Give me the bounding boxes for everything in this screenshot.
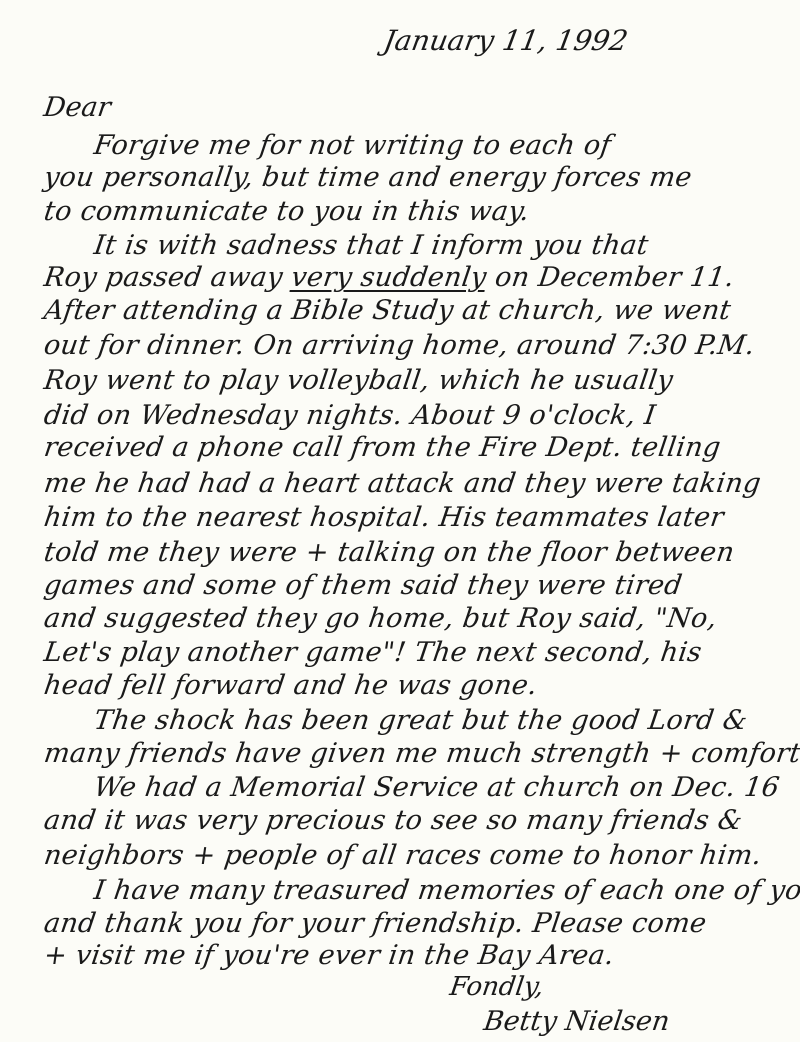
letter-line: told me they were + talking on the floor… [42,537,736,568]
line-text: Forgive me for not writing to each of [92,130,613,161]
line-text: Roy went to play volleyball, which he us… [42,365,675,396]
line-text: on December 11. [484,262,736,293]
letter-line: + visit me if you're ever in the Bay Are… [42,940,616,971]
letter-line: and thank you for your friendship. Pleas… [42,908,709,939]
line-text: games and some of them said they were ti… [42,570,684,601]
underlined-emphasis: very suddenly [289,262,488,293]
line-text: head fell forward and he was gone. [42,670,539,701]
letter-line: Roy went to play volleyball, which he us… [42,365,675,396]
line-text: After attending a Bible Study at church,… [42,295,733,326]
letter-line: Forgive me for not writing to each of [92,130,613,161]
line-text: you personally, but time and energy forc… [42,162,694,193]
line-text: and suggested they go home, but Roy said… [42,603,719,634]
letter-line: After attending a Bible Study at church,… [42,295,733,326]
line-text: out for dinner. On arriving home, around… [42,330,757,361]
line-text: neighbors + people of all races come to … [42,840,764,871]
letter-line: games and some of them said they were ti… [42,570,684,601]
line-text: The shock has been great but the good Lo… [92,705,749,736]
line-text: I have many treasured memories of each o… [92,875,800,906]
letter-closing: Fondly, [448,972,546,1002]
line-text: him to the nearest hospital. His teammat… [42,502,726,533]
letter-line: Let's play another game"! The next secon… [42,637,704,668]
line-text: and thank you for your friendship. Pleas… [42,908,709,939]
letter-line: neighbors + people of all races come to … [42,840,764,871]
letter-line: and it was very precious to see so many … [42,805,744,836]
letter-line: many friends have given me much strength… [42,738,800,769]
line-text: did on Wednesday nights. About 9 o'clock… [42,400,658,431]
line-text: It is with sadness that I inform you tha… [92,230,650,261]
letter-line: Roy passed away very suddenly on Decembe… [42,262,736,293]
letter-line: received a phone call from the Fire Dept… [42,432,723,463]
line-text: told me they were + talking on the floor… [42,537,736,568]
letter-date: January 11, 1992 [381,24,630,57]
letter-line: out for dinner. On arriving home, around… [42,330,757,361]
letter-line: and suggested they go home, but Roy said… [42,603,719,634]
line-text: me he had had a heart attack and they we… [42,468,763,499]
letter-line: It is with sadness that I inform you tha… [92,230,650,261]
handwritten-letter: January 11, 1992 Dear Forgive me for not… [0,0,800,1042]
letter-line: you personally, but time and energy forc… [42,162,694,193]
letter-line: head fell forward and he was gone. [42,670,539,701]
letter-line: to communicate to you in this way. [42,196,531,227]
letter-line: I have many treasured memories of each o… [92,875,800,906]
line-text: We had a Memorial Service at church on D… [92,772,782,803]
line-text: many friends have given me much strength… [42,738,800,769]
letter-line: me he had had a heart attack and they we… [42,468,763,499]
line-text: + visit me if you're ever in the Bay Are… [42,940,616,971]
letter-signature: Betty Nielsen [482,1006,672,1037]
line-text: and it was very precious to see so many … [42,805,744,836]
letter-line: him to the nearest hospital. His teammat… [42,502,726,533]
letter-line: We had a Memorial Service at church on D… [92,772,782,803]
letter-line: The shock has been great but the good Lo… [92,705,749,736]
line-text: Let's play another game"! The next secon… [42,637,704,668]
letter-line: did on Wednesday nights. About 9 o'clock… [42,400,658,431]
line-text: received a phone call from the Fire Dept… [42,432,723,463]
letter-salutation: Dear [42,92,113,123]
line-text: to communicate to you in this way. [42,196,531,227]
line-text: Roy passed away [42,262,294,293]
